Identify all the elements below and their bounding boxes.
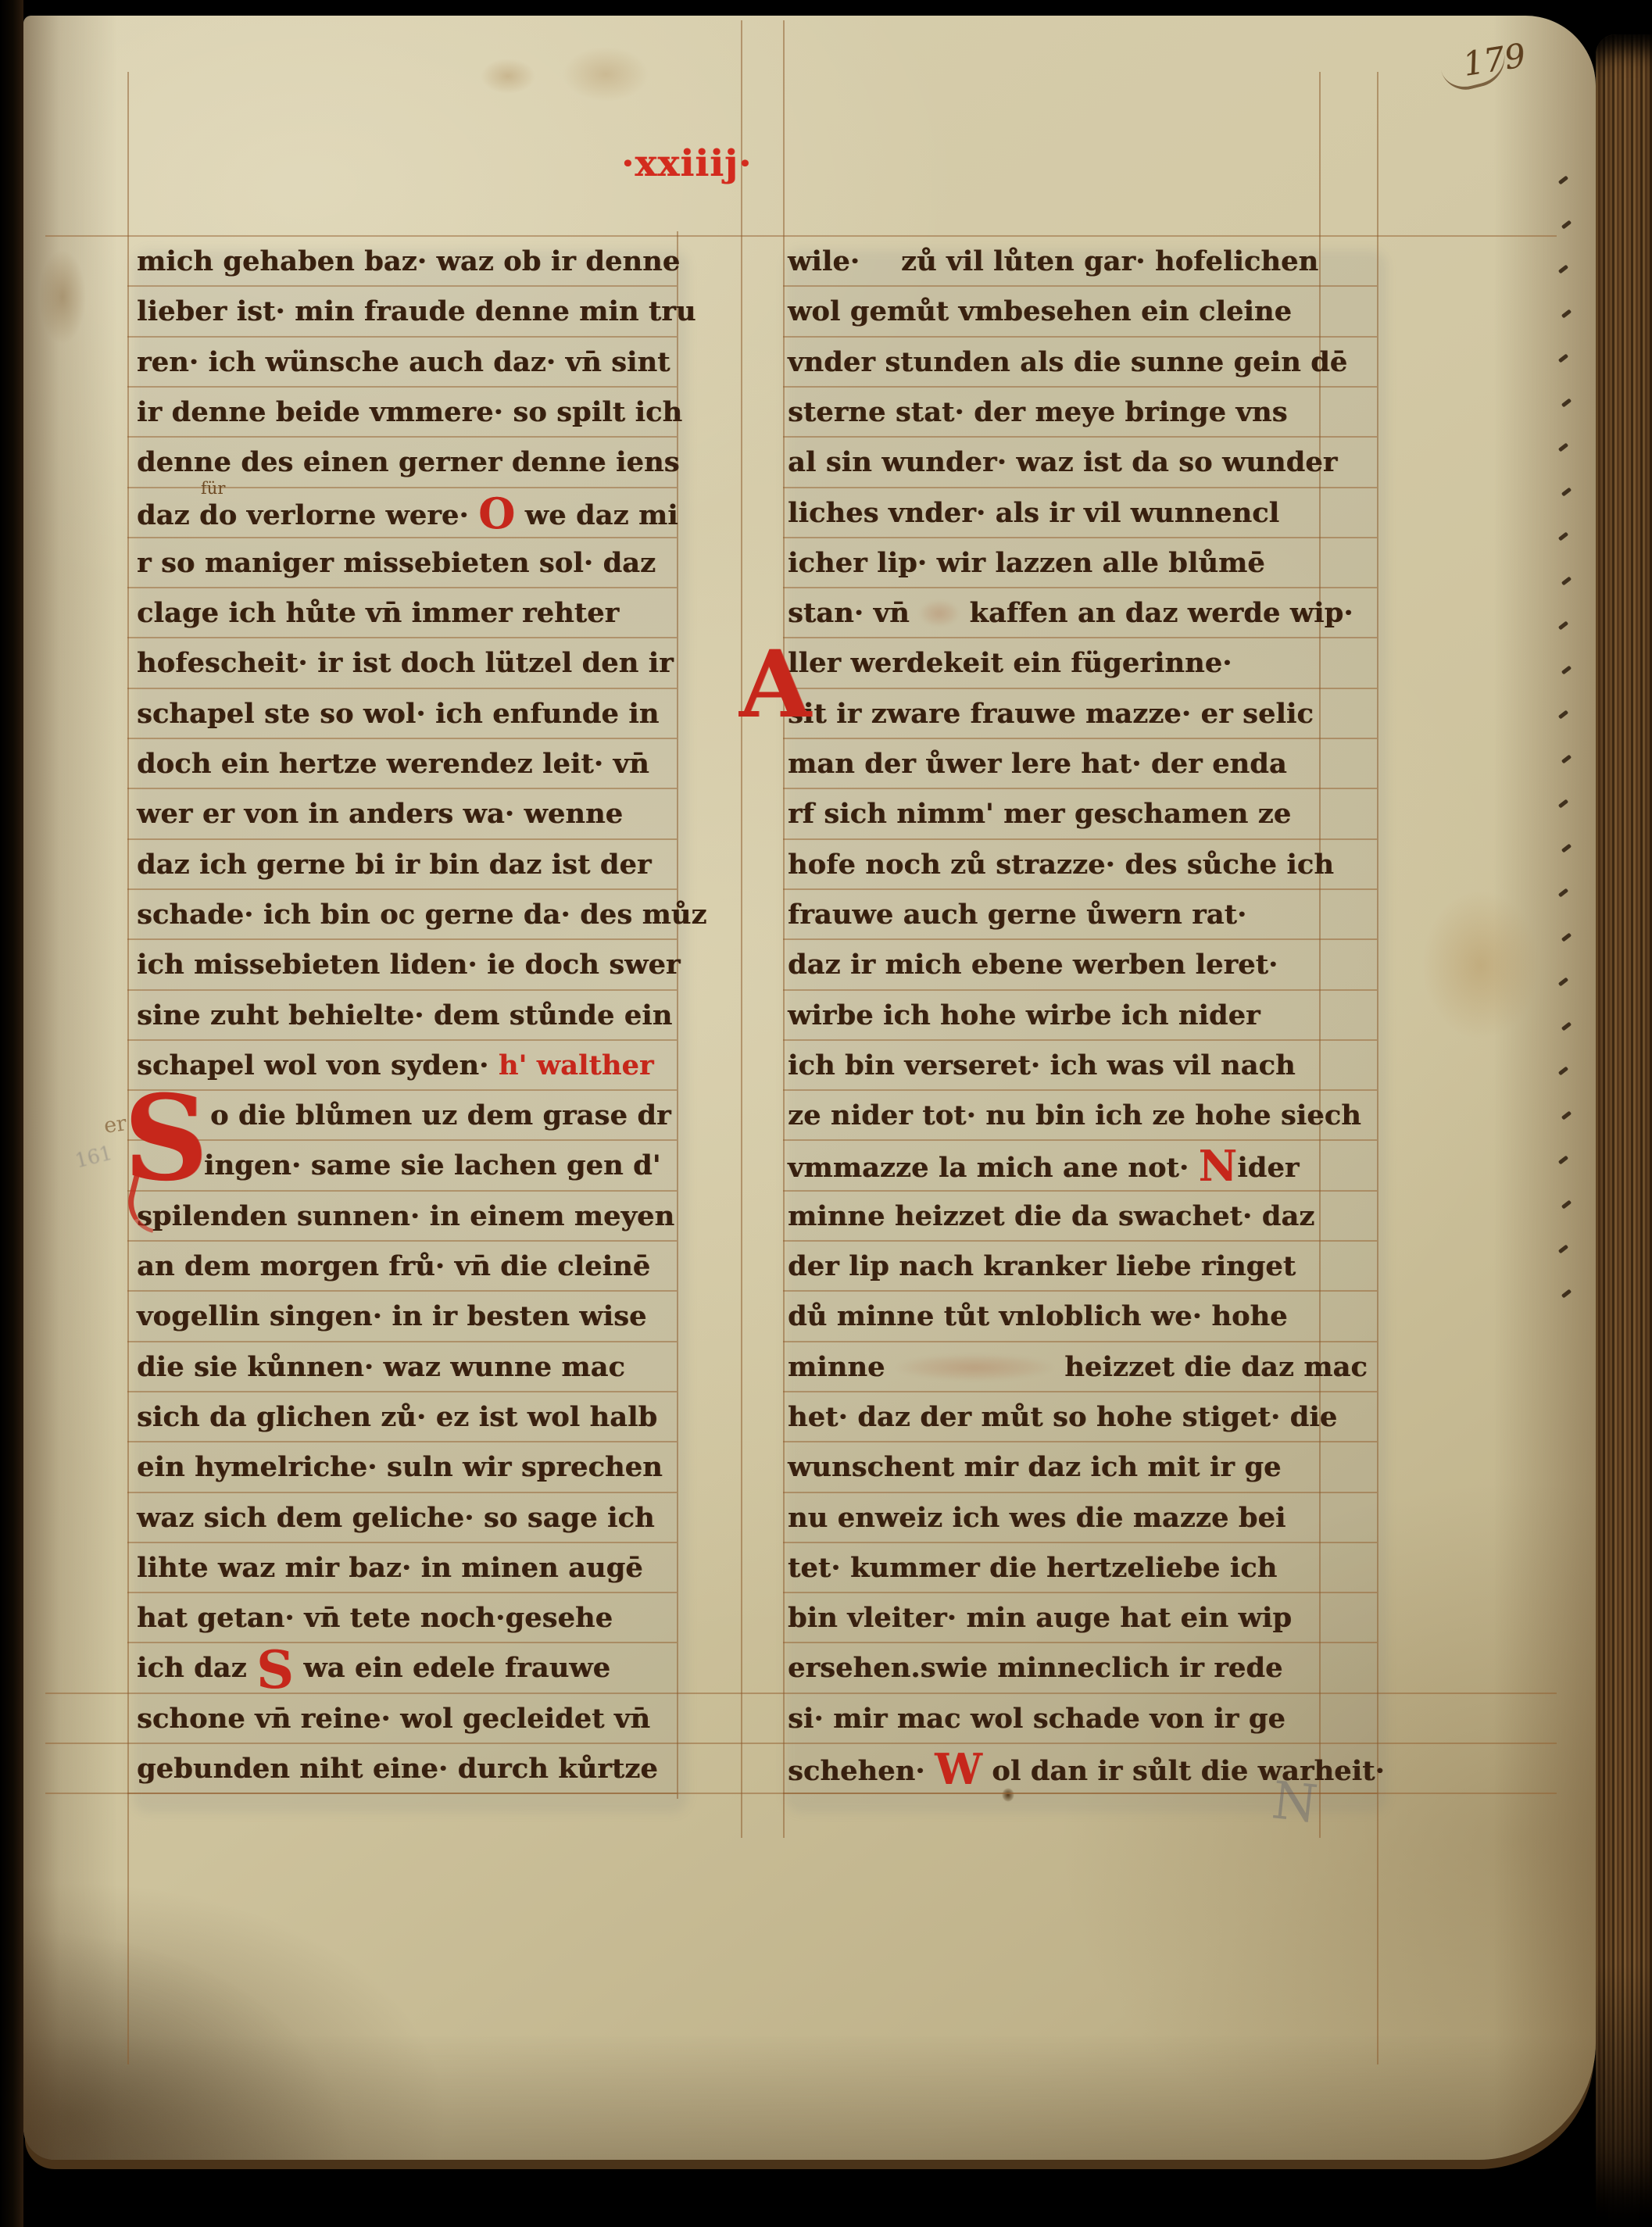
text-line: ren· ich wünsche auch daz· vn̄ sint [137,338,670,388]
text-segment: wa ein edele frauwe [294,1652,610,1684]
text-segment: schade· ich bin oc gerne da· des můz [137,899,707,931]
text-line: waz sich dem geliche· so sage ich [137,1493,655,1544]
text-line: wirbe ich hohe wirbe ich nider [788,991,1260,1042]
text-segment: ir denne beide vmmere· so spilt ich [137,396,682,428]
parchment-stain [563,47,649,102]
text-segment: frauwe auch gerne ůwern rat· [788,899,1246,931]
text-segment: bin vleiter· min auge hat ein wip [788,1602,1292,1634]
text-line: stan· vn̄ kaffen an daz werde wip· [788,588,1353,639]
text-segment: daz ir mich ebene werben leret· [788,949,1278,981]
text-line: si· mir mac wol schade von ir ge [788,1694,1285,1745]
text-line: hat getan· vn̄ tete noch·gesehe [137,1593,613,1644]
text-segment: dů minne tůt vnloblich we· hohe [788,1300,1288,1332]
text-segment: wer er von in anders wa· wenne [137,798,623,830]
text-segment: ze nider tot· nu bin ich ze hohe siech [788,1099,1361,1131]
text-line: mich gehaben baz· waz ob ir denne [137,237,680,288]
text-line: ller werdekeit ein fügerinne· [788,638,1232,689]
text-line: wunschent mir daz ich mit ir ge [788,1442,1282,1493]
text-segment: liches vnder· als ir vil wunnencl [788,497,1279,529]
text-line: rf sich nimm' mer geschamen ze [788,789,1291,840]
text-line: dů minne tůt vnloblich we· hohe [788,1292,1288,1342]
text-line: wol gemůt vmbesehen ein cleine [788,287,1292,338]
text-segment: ingen· same sie lachen gen d' [204,1149,661,1181]
text-line: der lip nach kranker liebe ringet [788,1242,1296,1292]
text-line: bin vleiter· min auge hat ein wip [788,1593,1292,1644]
text-segment: ol dan ir sůlt die warheit· [982,1755,1385,1787]
text-segment: ich daz [137,1652,256,1684]
text-segment: dofür [199,499,237,531]
text-segment: lihte waz mir baz· in minen augē [137,1552,643,1584]
text-segment: ich bin verseret· ich was vil nach [788,1049,1296,1081]
text-segment: kaffen an daz werde wip· [960,597,1353,629]
text-line: icher lip· wir lazzen alle blůmē [788,538,1265,589]
text-line: nu enweiz ich wes die mazze bei [788,1493,1285,1544]
text-segment: vmmazze la mich ane not· [788,1152,1199,1184]
text-segment: verlorne were· [237,499,478,531]
text-segment: minne heizzet die da swachet· daz [788,1200,1314,1232]
text-line: daz ich gerne bi ir bin daz ist der [137,840,652,891]
text-segment: spilenden sunnen· in einem meyen [137,1200,674,1232]
text-line: vmmazze la mich ane not· Nider [788,1141,1299,1192]
text-gap [870,248,892,275]
text-segment: wol gemůt vmbesehen ein cleine [788,295,1292,327]
text-line: gebunden niht eine· durch kůrtze [137,1744,658,1795]
text-segment: hofescheit· ir ist doch lützel den ir [137,647,674,679]
text-line: clage ich hůte vn̄ immer rehter [137,588,619,639]
text-segment: ich missebieten liden· ie doch swer [137,949,681,981]
parchment-stain [481,59,535,94]
text-line: ze nider tot· nu bin ich ze hohe siech [788,1091,1361,1142]
text-segment: wile· [788,245,870,277]
text-segment: ein hymelriche· suln wir sprechen [137,1451,663,1483]
text-segment: clage ich hůte vn̄ immer rehter [137,597,619,629]
text-line: sit ir zware frauwe mazze· er selic [788,689,1314,740]
text-segment: sterne stat· der meye bringe vns [788,396,1288,428]
text-line: die sie kůnnen· waz wunne mac [137,1342,625,1393]
text-segment: hat getan· vn̄ tete noch·gesehe [137,1602,613,1634]
text-segment: schone vn̄ reine· wol gecleidet vn̄ [137,1703,650,1735]
text-line: hofe noch zů strazze· des sůche ich [788,840,1334,891]
book-fore-edge [1596,34,1652,2227]
text-line: schone vn̄ reine· wol gecleidet vn̄ [137,1694,650,1745]
text-segment: schehen· [788,1755,935,1787]
manuscript-photo: ·xxiiij· 179 er 161 N mich gehaben baz· … [0,0,1652,2227]
rubric-text: h' walther [499,1049,654,1081]
rubricated-initial: W [935,1744,982,1794]
text-segment: we daz mi [515,499,678,531]
text-line: man der ůwer lere hat· der enda [788,739,1287,790]
text-segment: tet· kummer die hertzeliebe ich [788,1552,1277,1584]
text-line: spilenden sunnen· in einem meyen [137,1192,674,1242]
text-segment: ller werdekeit ein fügerinne· [788,647,1232,679]
text-segment: minne [788,1351,895,1383]
text-segment: vnder stunden als die sunne gein dē [788,346,1347,378]
chapter-heading: ·xxiiij· [621,142,752,185]
text-line: ich bin verseret· ich was vil nach [788,1041,1296,1092]
text-line: an dem morgen frů· vn̄ die cleinē [137,1242,650,1292]
text-segment: die sie kůnnen· waz wunne mac [137,1351,625,1383]
text-line: ersehen.swie minneclich ir rede [788,1643,1283,1694]
text-line: liches vnder· als ir vil wunnencl [788,488,1279,539]
text-segment: daz ich gerne bi ir bin daz ist der [137,849,652,881]
text-segment: man der ůwer lere hat· der enda [788,748,1287,780]
ruling-vertical [127,72,129,2064]
text-segment: vogellin singen· in ir besten wise [137,1300,647,1332]
text-segment: nu enweiz ich wes die mazze bei [788,1502,1285,1534]
text-segment: rf sich nimm' mer geschamen ze [788,798,1291,830]
ruling-vertical [741,20,742,1838]
parchment-stain [1422,891,1539,1039]
text-segment: si· mir mac wol schade von ir ge [788,1703,1285,1735]
text-line: sich da glichen zů· ez ist wol halb [137,1392,657,1443]
text-line: lihte waz mir baz· in minen augē [137,1543,643,1594]
text-segment: gebunden niht eine· durch kůrtze [137,1753,658,1785]
erasure-mark [919,600,960,627]
text-line: schapel wol von syden· h' walther [137,1041,654,1092]
text-segment: icher lip· wir lazzen alle blůmē [788,547,1265,579]
text-line: ein hymelriche· suln wir sprechen [137,1442,663,1493]
text-segment: wunschent mir daz ich mit ir ge [788,1451,1282,1483]
text-line: vnder stunden als die sunne gein dē [788,338,1347,388]
dropcap-initial-A: A [739,638,811,731]
text-line: ingen· same sie lachen gen d' [137,1141,661,1192]
text-segment: zů vil lůten gar· hofelichen [892,245,1319,277]
text-line: schapel ste so wol· ich enfunde in [137,689,659,740]
text-line: r so maniger missebieten sol· daz [137,538,656,589]
text-line: tet· kummer die hertzeliebe ich [788,1543,1277,1594]
text-segment: waz sich dem geliche· so sage ich [137,1502,655,1534]
text-line: sterne stat· der meye bringe vns [788,388,1288,438]
text-segment: denne des einen gerner denne iens [137,446,680,478]
text-segment: ider [1237,1152,1299,1184]
text-line: ich daz S wa ein edele frauwe [137,1643,610,1694]
text-line: vogellin singen· in ir besten wise [137,1292,647,1342]
text-segment: lieber ist· min fraude denne min tru [137,295,696,327]
text-segment: heizzet die daz mac [1055,1351,1368,1383]
text-line: ich missebieten liden· ie doch swer [137,940,681,991]
text-segment: sich da glichen zů· ez ist wol halb [137,1401,657,1433]
text-segment: doch ein hertze werendez leit· vn̄ [137,748,649,780]
text-line: o die blůmen uz dem grase dr [137,1091,671,1142]
text-segment: o die blůmen uz dem grase dr [210,1099,671,1131]
text-line: hofescheit· ir ist doch lützel den ir [137,638,674,689]
interlinear-gloss: für [201,481,225,497]
text-line: al sin wunder· waz ist da so wunder [788,438,1337,488]
text-segment: an dem morgen frů· vn̄ die cleinē [137,1250,650,1282]
book-binding-edge [0,0,23,2227]
text-line: schade· ich bin oc gerne da· des můz [137,890,707,941]
text-segment: der lip nach kranker liebe ringet [788,1250,1296,1282]
text-line: daz dofür verlorne were· O we daz mi [137,488,678,539]
text-segment: hofe noch zů strazze· des sůche ich [788,849,1334,881]
ruling-vertical [783,20,785,1838]
parchment-stain [39,250,86,344]
text-segment: r so maniger missebieten sol· daz [137,547,656,579]
text-line: sine zuht behielte· dem stůnde ein [137,991,672,1042]
text-segment: daz [137,499,199,531]
text-line: schehen· W ol dan ir sůlt die warheit· [788,1744,1385,1795]
text-line: het· daz der můt so hohe stiget· die [788,1392,1337,1443]
text-segment: schapel ste so wol· ich enfunde in [137,698,659,730]
text-line: frauwe auch gerne ůwern rat· [788,890,1246,941]
text-segment: al sin wunder· waz ist da so wunder [788,446,1337,478]
text-line: lieber ist· min fraude denne min tru [137,287,696,338]
text-segment: sit ir zware frauwe mazze· er selic [788,698,1314,730]
text-line: doch ein hertze werendez leit· vn̄ [137,739,649,790]
rubricated-initial: O [478,488,515,538]
text-segment: ersehen.swie minneclich ir rede [788,1652,1283,1684]
text-line: wile· zů vil lůten gar· hofelichen [788,237,1318,288]
rubricated-initial: N [1199,1141,1238,1191]
rubricated-initial: S [256,1639,294,1700]
erasure-mark [895,1354,1055,1381]
dropcap-initial-S: S [123,1089,208,1188]
text-segment: wirbe ich hohe wirbe ich nider [788,999,1260,1031]
text-segment: stan· vn̄ [788,597,919,629]
text-line: minne heizzet die da swachet· daz [788,1192,1314,1242]
text-segment: het· daz der můt so hohe stiget· die [788,1401,1337,1433]
text-line: daz ir mich ebene werben leret· [788,940,1278,991]
text-segment: mich gehaben baz· waz ob ir denne [137,245,680,277]
text-segment: sine zuht behielte· dem stůnde ein [137,999,672,1031]
text-line: wer er von in anders wa· wenne [137,789,623,840]
text-segment: ren· ich wünsche auch daz· vn̄ sint [137,346,670,378]
text-line: ir denne beide vmmere· so spilt ich [137,388,682,438]
text-line: minne heizzet die daz mac [788,1342,1368,1393]
